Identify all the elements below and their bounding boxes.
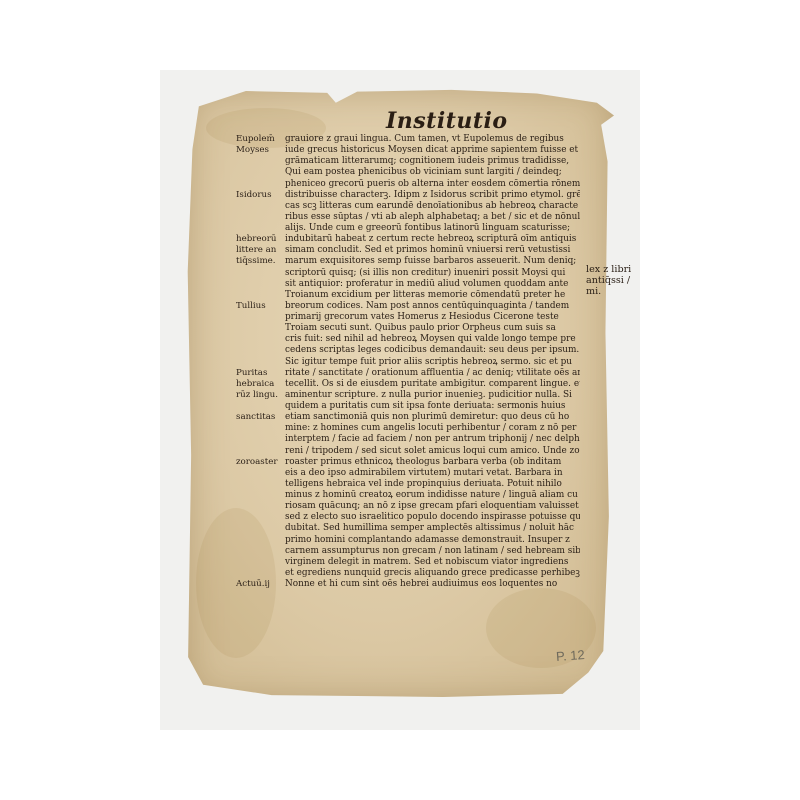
text-line: marum exquisitores semp fuisse barbaros … [285,256,580,267]
text-line: aminentur scripture. z nulla purior inue… [285,390,580,401]
text-line: mine: z homines cum angelis locuti perhi… [285,423,580,434]
text-line: interptem / facie ad faciem / non per an… [285,434,580,445]
page-title: Institutio [386,108,508,134]
left-margin-note: hebraica [236,379,274,390]
text-line: cris fuit: sed nihil ad hebreoꝝ Moysen q… [285,334,580,345]
text-line: reni / tripodem / sed sicut solet amicus… [285,446,580,457]
text-line: dubitat. Sed humillima semper amplectēs … [285,523,580,534]
left-margin-note: zoroaster [236,457,277,468]
left-margin-note: littere an [236,245,276,256]
text-line: scriptorū quisq; (si illis non creditur)… [285,268,580,279]
text-line: Troiam secuti sunt. Quibus paulo prior O… [285,323,580,334]
text-line: Nonne et hi cum sint oēs hebrei audiuimu… [285,579,580,590]
left-margin-note: sanctitas [236,412,275,423]
text-line: distribuisse characterꝫ. Idipm z Isidoru… [285,190,580,201]
text-line: iude grecus historicus Moysen dicat appr… [285,145,580,156]
text-line: riosam quācunq; an nō z ipse grecam pfar… [285,501,580,512]
text-line: etiam sanctimoniā quis non plurimū demir… [285,412,580,423]
text-line: et egrediens nunquid grecis aliquando gr… [285,568,580,579]
text-line: grauiore z graui lingua. Cum tamen, vt E… [285,134,580,145]
text-line: telligens hebraica vel inde propinquius … [285,479,580,490]
left-margin-note: rūz lingu. [236,390,278,401]
text-line: ribus esse sūptas / vti ab aleph alphabe… [285,212,580,223]
main-text-block: grauiore z graui lingua. Cum tamen, vt E… [285,134,580,590]
text-line: pheniceo grecorū pueris ob alterna inter… [285,179,580,190]
text-line: carnem assumpturus non grecam / non lati… [285,546,580,557]
right-margin-note: lex z libri antiq̄ssi / mi. [586,264,631,297]
left-margin-note: Puritas [236,368,267,379]
text-line: ritate / sanctitate / orationum affluent… [285,368,580,379]
text-line: Sic igitur tempe fuit prior aliis script… [285,357,580,368]
text-line: quidem a puritatis cum sit ipsa fonte de… [285,401,580,412]
text-line: breorum codices. Nam post annos centūqui… [285,301,580,312]
text-line: cedens scriptas leges codicibus demandau… [285,345,580,356]
text-line: tecellit. Os si de eiusdem puritate ambi… [285,379,580,390]
text-line: roaster primus ethnicoꝝ theologus barbar… [285,457,580,468]
text-line: Qui eam postea phenicibus ob viciniam su… [285,167,580,178]
left-margin-note: hebreorū [236,234,276,245]
text-line: primo homini complantando adamasse demon… [285,535,580,546]
text-line: grāmaticam litterarumq; cognitionem iude… [285,156,580,167]
text-line: minus z hominū creatoꝝ eorum indidisse n… [285,490,580,501]
left-margin-note: Tullius [236,301,266,312]
text-line: sed z electo suo israelitico populo doce… [285,512,580,523]
left-margin-note: Eupolem̄ [236,134,275,145]
text-line: alijs. Unde cum e greeorū fontibus latin… [285,223,580,234]
text-line: indubitarū habeat z certum recte hebreoꝝ… [285,234,580,245]
text-line: Troianum excidium per litteras memorie c… [285,290,580,301]
pencil-page-annotation: P. 12 [556,647,586,664]
left-margin-note: tiq̄ssime. [236,256,276,267]
text-line: sit antiquior: proferatur in mediū aliud… [285,279,580,290]
text-line: simam concludit. Sed et primos hominū vn… [285,245,580,256]
right-note-line: lex z libri [586,264,631,275]
text-line: eis a deo ipso admirabilem virtutem) mut… [285,468,580,479]
text-line: primarij grecorum vates Homerus z Hesiod… [285,312,580,323]
right-note-line: antiq̄ssi / [586,275,631,286]
text-line: cas scꝫ litteras cum earundē denoīationi… [285,201,580,212]
left-margin-note: Actuū.ij [236,579,270,590]
right-note-line: mi. [586,286,631,297]
left-margin-note: Isidorus [236,190,272,201]
text-line: virginem delegit in matrem. Sed et nobis… [285,557,580,568]
left-margin-note: Moyses [236,145,269,156]
